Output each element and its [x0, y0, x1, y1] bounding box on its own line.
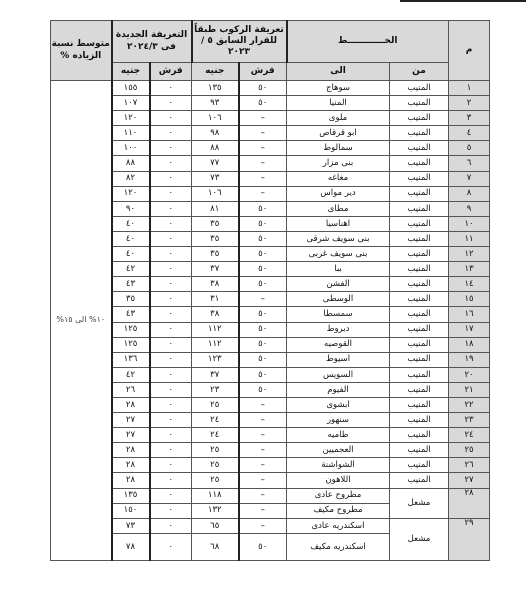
row-number: ٨: [449, 186, 490, 201]
new-pound: ٢٨: [112, 443, 150, 458]
old-pound: ٢٥: [192, 443, 239, 458]
old-piaster: ٥٠: [239, 96, 287, 111]
old-pound: ٣١: [192, 292, 239, 307]
new-pound: ٤٠: [112, 231, 150, 246]
old-piaster: –: [239, 413, 287, 428]
table-row: ٢٠المنيبالسويس٥٠٣٧٠٤٢: [51, 367, 490, 382]
row-number: ١٩: [449, 352, 490, 367]
new-pound: ٤٣: [112, 277, 150, 292]
route-to: اسكندريه عادى: [287, 518, 390, 533]
route-to: الفيوم: [287, 382, 390, 397]
old-piaster: –: [239, 428, 287, 443]
old-piaster: ٥٠: [239, 81, 287, 96]
row-number: ١١: [449, 231, 490, 246]
old-pound: ٣٧: [192, 367, 239, 382]
new-pound: ٧٣: [112, 518, 150, 533]
header-new-fare: التعريفة الجديدة فى ٢٠٢٤/٣: [112, 21, 192, 63]
new-piaster: ٠: [150, 201, 192, 216]
old-piaster: –: [239, 443, 287, 458]
old-pound: ٢٥: [192, 473, 239, 488]
new-piaster: ٠: [150, 231, 192, 246]
table-row: ١٦المنيبسمسطا٥٠٣٨٠٤٣: [51, 307, 490, 322]
row-number: ٢٤: [449, 428, 490, 443]
table-row: ٣المنيبملوى–١٠٦٠١٢٠: [51, 111, 490, 126]
new-pound: ٢٧: [112, 428, 150, 443]
old-pound: ٣٥: [192, 216, 239, 231]
new-piaster: ٠: [150, 443, 192, 458]
old-piaster: ٥٠: [239, 216, 287, 231]
old-pound: ٣٧: [192, 262, 239, 277]
route-from: المنيب: [390, 337, 449, 352]
route-to: السويس: [287, 367, 390, 382]
old-piaster: –: [239, 518, 287, 533]
route-to: مغاغه: [287, 171, 390, 186]
table-row: ٢المنيبالمنيا٥٠٩٣٠١٠٧: [51, 96, 490, 111]
row-number: ٥: [449, 141, 490, 156]
old-pound: ٢٥: [192, 397, 239, 412]
new-piaster: ٠: [150, 171, 192, 186]
new-pound: ٢٨: [112, 473, 150, 488]
old-pound: ٧٣: [192, 171, 239, 186]
route-from: المنيب: [390, 277, 449, 292]
old-pound: ١١٢: [192, 337, 239, 352]
header-from: من: [390, 63, 449, 81]
new-piaster: ٠: [150, 322, 192, 337]
new-piaster: ٠: [150, 458, 192, 473]
old-pound: ٣٥: [192, 247, 239, 262]
table-row: ٢٤المنيبطاميه–٢٤٠٢٧: [51, 428, 490, 443]
table-row: ٧المنيبمغاغه–٧٣٠٨٢: [51, 171, 490, 186]
fare-table: م الخــــــــــــط تعريفة الركوب طبقاً ل…: [50, 20, 490, 561]
old-pound: ١٠٦: [192, 111, 239, 126]
new-pound: ٤٢: [112, 262, 150, 277]
route-from: المنيب: [390, 231, 449, 246]
route-from: المنيب: [390, 171, 449, 186]
new-piaster: ٠: [150, 292, 192, 307]
old-piaster: –: [239, 156, 287, 171]
old-pound: ٢٤: [192, 413, 239, 428]
new-piaster: ٠: [150, 216, 192, 231]
avg-increase-value: ١٠% الى ١٥%: [51, 81, 112, 561]
new-piaster: ٠: [150, 518, 192, 533]
header-num: م: [449, 21, 490, 81]
route-from: المنيب: [390, 186, 449, 201]
route-to: اللاهون: [287, 473, 390, 488]
route-to: بنى سويف غربى: [287, 247, 390, 262]
route-to: العجميين: [287, 443, 390, 458]
new-pound: ٢٦: [112, 382, 150, 397]
table-row: ٤المنيبابو قرقاص–٩٨٠١١٠: [51, 126, 490, 141]
row-number: ٢٨: [449, 488, 490, 518]
new-piaster: ٠: [150, 277, 192, 292]
fare-table-body: ١المنيبسوهاج٥٠١٣٥٠١٥٥١٠% الى ١٥%٢المنيبا…: [51, 81, 490, 561]
route-to: سنهور: [287, 413, 390, 428]
old-pound: ٨١: [192, 201, 239, 216]
new-piaster: ٠: [150, 141, 192, 156]
route-to: الفشن: [287, 277, 390, 292]
old-pound: ١١٨: [192, 488, 239, 503]
row-number: ٣: [449, 111, 490, 126]
new-pound: ١٠٠: [112, 141, 150, 156]
table-row: ٢٧المنيباللاهون–٢٥٠٢٨: [51, 473, 490, 488]
old-pound: ٧٧: [192, 156, 239, 171]
table-row: ١٢المنيببنى سويف غربى٥٠٣٥٠٤٠: [51, 247, 490, 262]
new-pound: ٨٨: [112, 156, 150, 171]
route-to: طاميه: [287, 428, 390, 443]
old-piaster: –: [239, 473, 287, 488]
old-pound: ٣٨: [192, 277, 239, 292]
row-number: ٢٧: [449, 473, 490, 488]
row-number: ٩: [449, 201, 490, 216]
table-row: ٩المنيبمطاى٥٠٨١٠٩٠: [51, 201, 490, 216]
route-to: اهناسيا: [287, 216, 390, 231]
old-pound: ٦٥: [192, 518, 239, 533]
route-from: المنيب: [390, 382, 449, 397]
new-pound: ١٣٥: [112, 488, 150, 503]
route-to: ابو قرقاص: [287, 126, 390, 141]
route-from: المنيب: [390, 81, 449, 96]
route-from: مشعل: [390, 488, 449, 518]
old-pound: ٢٤: [192, 428, 239, 443]
table-row: ٢٣المنيبسنهور–٢٤٠٢٧: [51, 413, 490, 428]
route-from: المنيب: [390, 292, 449, 307]
new-piaster: ٠: [150, 96, 192, 111]
old-piaster: –: [239, 141, 287, 156]
route-from: المنيب: [390, 201, 449, 216]
new-piaster: ٠: [150, 367, 192, 382]
route-from: المنيب: [390, 141, 449, 156]
row-number: ٢٣: [449, 413, 490, 428]
route-from: المنيب: [390, 111, 449, 126]
route-from: المنيب: [390, 96, 449, 111]
new-piaster: ٠: [150, 503, 192, 518]
old-pound: ٨٨: [192, 141, 239, 156]
route-from: المنيب: [390, 367, 449, 382]
table-row: ٢٢المنيبابشوى–٢٥٠٢٨: [51, 397, 490, 412]
old-piaster: ٥٠: [239, 367, 287, 382]
new-pound: ٢٨: [112, 458, 150, 473]
header-old-fare: تعريفة الركوب طبقاً للقرار السابق ٥ / ٢٠…: [192, 21, 287, 63]
row-number: ٧: [449, 171, 490, 186]
new-piaster: ٠: [150, 382, 192, 397]
row-number: ١: [449, 81, 490, 96]
new-pound: ٤٢: [112, 367, 150, 382]
new-pound: ١٢٥: [112, 322, 150, 337]
old-piaster: –: [239, 186, 287, 201]
table-row: ١٩المنيباسيوط٥٠١٢٣٠١٣٦: [51, 352, 490, 367]
route-to: بنى سويف شرقى: [287, 231, 390, 246]
old-pound: ١٠٦: [192, 186, 239, 201]
new-piaster: ٠: [150, 307, 192, 322]
route-to: الشواشنة: [287, 458, 390, 473]
route-from: المنيب: [390, 307, 449, 322]
header-to: الى: [287, 63, 390, 81]
new-piaster: ٠: [150, 488, 192, 503]
old-pound: ٣٥: [192, 231, 239, 246]
route-to: سوهاج: [287, 81, 390, 96]
new-piaster: ٠: [150, 247, 192, 262]
new-piaster: ٠: [150, 352, 192, 367]
old-pound: ٦٨: [192, 533, 239, 560]
new-pound: ٢٧: [112, 413, 150, 428]
old-piaster: ٥٠: [239, 277, 287, 292]
route-from: المنيب: [390, 262, 449, 277]
route-from: المنيب: [390, 458, 449, 473]
old-pound: ١٣٥: [192, 81, 239, 96]
row-number: ٢٢: [449, 397, 490, 412]
route-from: المنيب: [390, 126, 449, 141]
old-piaster: ٥٠: [239, 231, 287, 246]
route-to: سمالوط: [287, 141, 390, 156]
old-pound: ٢٣: [192, 382, 239, 397]
new-piaster: ٠: [150, 156, 192, 171]
old-piaster: –: [239, 126, 287, 141]
old-piaster: ٥٠: [239, 322, 287, 337]
old-pound: ٢٥: [192, 458, 239, 473]
new-pound: ١٢٠: [112, 111, 150, 126]
new-pound: ٩٠: [112, 201, 150, 216]
old-piaster: –: [239, 503, 287, 518]
row-number: ٢٠: [449, 367, 490, 382]
row-number: ١٧: [449, 322, 490, 337]
route-to: مطروح عادى: [287, 488, 390, 503]
route-to: مطاى: [287, 201, 390, 216]
row-number: ١٦: [449, 307, 490, 322]
new-pound: ١٥٥: [112, 81, 150, 96]
route-from: المنيب: [390, 156, 449, 171]
old-pound: ٩٨: [192, 126, 239, 141]
old-piaster: ٥٠: [239, 307, 287, 322]
old-piaster: ٥٠: [239, 352, 287, 367]
table-row: ٢٦المنيبالشواشنة–٢٥٠٢٨: [51, 458, 490, 473]
route-from: المنيب: [390, 352, 449, 367]
table-row: ١٠المنيباهناسيا٥٠٣٥٠٤٠: [51, 216, 490, 231]
header-new-pound: جنيه: [112, 63, 150, 81]
table-row: ٥المنيبسمالوط–٨٨٠١٠٠: [51, 141, 490, 156]
new-pound: ١٢٥: [112, 337, 150, 352]
new-piaster: ٠: [150, 533, 192, 560]
route-from: المنيب: [390, 413, 449, 428]
table-row: ١٣المنيبببا٥٠٣٧٠٤٢: [51, 262, 490, 277]
row-number: ١٠: [449, 216, 490, 231]
row-number: ١٤: [449, 277, 490, 292]
route-from: المنيب: [390, 216, 449, 231]
table-row: ١٤المنيبالفشن٥٠٣٨٠٤٣: [51, 277, 490, 292]
table-row: ١٨المنيبالقوصيه٥٠١١٢٠١٢٥: [51, 337, 490, 352]
table-row: ١المنيبسوهاج٥٠١٣٥٠١٥٥١٠% الى ١٥%: [51, 81, 490, 96]
new-pound: ٧٨: [112, 533, 150, 560]
row-number: ٢١: [449, 382, 490, 397]
old-pound: ٩٣: [192, 96, 239, 111]
new-piaster: ٠: [150, 337, 192, 352]
new-pound: ٤٣: [112, 307, 150, 322]
new-piaster: ٠: [150, 186, 192, 201]
route-to: المنيا: [287, 96, 390, 111]
old-piaster: –: [239, 111, 287, 126]
row-number: ٢٩: [449, 518, 490, 560]
route-to: ابشوى: [287, 397, 390, 412]
header-old-piaster: قرش: [239, 63, 287, 81]
route-from: المنيب: [390, 443, 449, 458]
route-from: المنيب: [390, 428, 449, 443]
new-piaster: ٠: [150, 413, 192, 428]
route-to: اسيوط: [287, 352, 390, 367]
new-piaster: ٠: [150, 473, 192, 488]
route-from: المنيب: [390, 322, 449, 337]
route-to: دير مواس: [287, 186, 390, 201]
row-number: ٤: [449, 126, 490, 141]
old-piaster: ٥٠: [239, 201, 287, 216]
new-pound: ١١٠: [112, 126, 150, 141]
row-number: ١٣: [449, 262, 490, 277]
new-pound: ١٢٠: [112, 186, 150, 201]
old-piaster: ٥٠: [239, 337, 287, 352]
new-piaster: ٠: [150, 262, 192, 277]
old-pound: ١١٢: [192, 322, 239, 337]
old-pound: ١٢٣: [192, 352, 239, 367]
new-piaster: ٠: [150, 397, 192, 412]
old-piaster: –: [239, 292, 287, 307]
header-avg-increase: متوسط نسبة الزياده %: [51, 21, 112, 81]
table-row: ٦المنيببنى مزار–٧٧٠٨٨: [51, 156, 490, 171]
route-to: ديروط: [287, 322, 390, 337]
row-number: ١٨: [449, 337, 490, 352]
route-from: المنيب: [390, 473, 449, 488]
new-piaster: ٠: [150, 428, 192, 443]
table-row: ١٧المنيبديروط٥٠١١٢٠١٢٥: [51, 322, 490, 337]
table-row: ٢٨مشعلمطروح عادى–١١٨٠١٣٥: [51, 488, 490, 503]
table-row: ١٥المنيبالوسطى–٣١٠٣٥: [51, 292, 490, 307]
new-pound: ١٣٦: [112, 352, 150, 367]
old-pound: ٣٨: [192, 307, 239, 322]
row-number: ٢: [449, 96, 490, 111]
route-to: الوسطى: [287, 292, 390, 307]
header-old-pound: جنيه: [192, 63, 239, 81]
header-new-piaster: قرش: [150, 63, 192, 81]
old-piaster: ٥٠: [239, 247, 287, 262]
table-row: ٢١المنيبالفيوم٥٠٢٣٠٢٦: [51, 382, 490, 397]
new-pound: ١٠٧: [112, 96, 150, 111]
route-from: المنيب: [390, 397, 449, 412]
row-number: ٢٦: [449, 458, 490, 473]
route-from: المنيب: [390, 247, 449, 262]
route-to: القوصيه: [287, 337, 390, 352]
route-to: اسكندريه مكيف: [287, 533, 390, 560]
old-piaster: ٥٠: [239, 262, 287, 277]
new-pound: ٤٠: [112, 247, 150, 262]
old-piaster: ٥٠: [239, 533, 287, 560]
route-to: مطروح مكيف: [287, 503, 390, 518]
old-piaster: –: [239, 458, 287, 473]
route-from: مشعل: [390, 518, 449, 560]
route-to: بنى مزار: [287, 156, 390, 171]
table-row: ٢٥المنيبالعجميين–٢٥٠٢٨: [51, 443, 490, 458]
new-pound: ٤٠: [112, 216, 150, 231]
table-row: ٨المنيبدير مواس–١٠٦٠١٢٠: [51, 186, 490, 201]
new-piaster: ٠: [150, 126, 192, 141]
route-to: ببا: [287, 262, 390, 277]
old-piaster: –: [239, 488, 287, 503]
new-pound: ٨٢: [112, 171, 150, 186]
header-route: الخــــــــــــط: [287, 21, 449, 63]
old-piaster: –: [239, 397, 287, 412]
table-row: ١١المنيببنى سويف شرقى٥٠٣٥٠٤٠: [51, 231, 490, 246]
row-number: ٦: [449, 156, 490, 171]
old-piaster: ٥٠: [239, 382, 287, 397]
new-pound: ١٥٠: [112, 503, 150, 518]
row-number: ٢٥: [449, 443, 490, 458]
table-row: ٢٩مشعلاسكندريه عادى–٦٥٠٧٣: [51, 518, 490, 533]
new-pound: ٢٨: [112, 397, 150, 412]
row-number: ١٥: [449, 292, 490, 307]
new-pound: ٣٥: [112, 292, 150, 307]
row-number: ١٢: [449, 247, 490, 262]
route-to: سمسطا: [287, 307, 390, 322]
new-piaster: ٠: [150, 111, 192, 126]
new-piaster: ٠: [150, 81, 192, 96]
route-to: ملوى: [287, 111, 390, 126]
old-pound: ١٣٢: [192, 503, 239, 518]
top-rule-line: [400, 0, 526, 2]
old-piaster: –: [239, 171, 287, 186]
